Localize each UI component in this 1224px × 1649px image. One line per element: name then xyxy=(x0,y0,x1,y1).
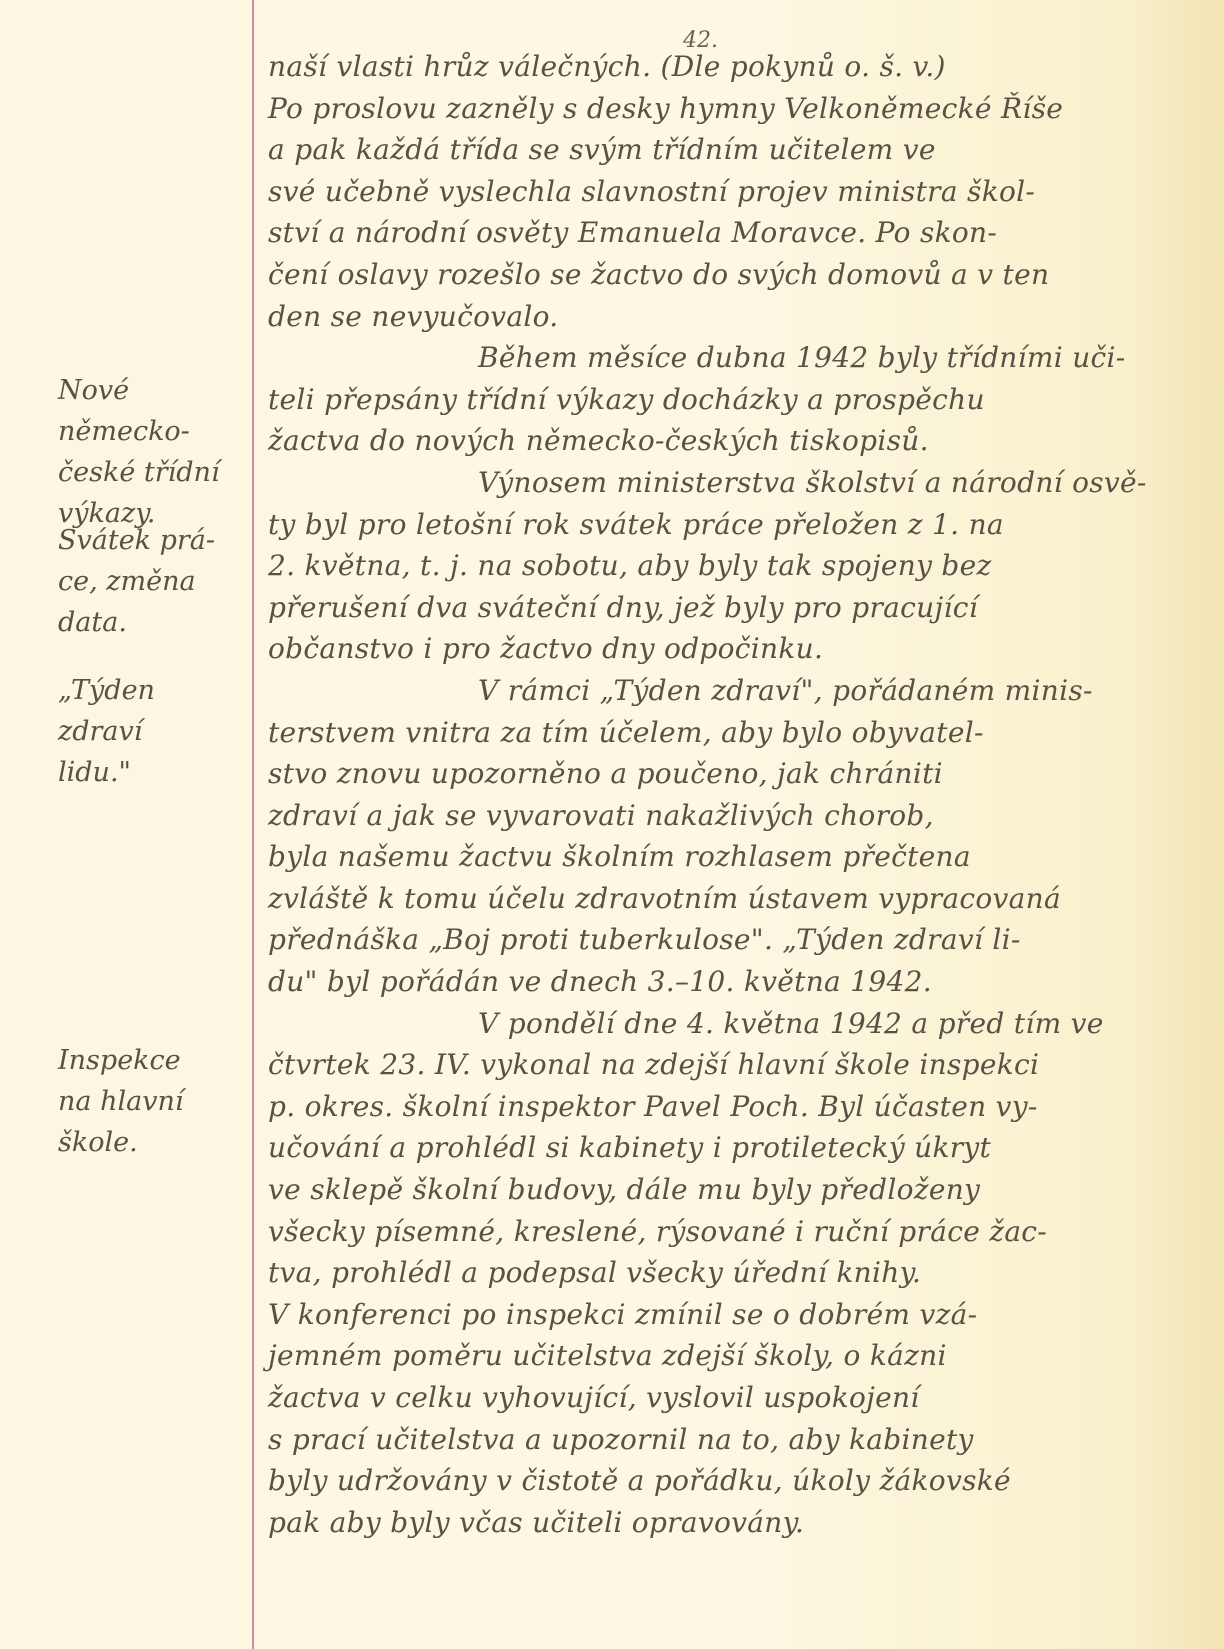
ledger-page: 42. Nové německo- české třídní výkazy. S… xyxy=(0,0,1224,1649)
text-line: čení oslavy rozešlo se žactvo do svých d… xyxy=(268,254,1208,296)
margin-rule xyxy=(252,0,254,1649)
text-line: Výnosem ministerstva školství a národní … xyxy=(268,462,1208,504)
text-line: čtvrtek 23. IV. vykonal na zdejší hlavní… xyxy=(268,1044,1208,1086)
margin-note-labour-day: Svátek prá- ce, změna data. xyxy=(58,520,248,643)
text-line: pak aby byly včas učiteli opravovány. xyxy=(268,1502,1208,1544)
handwritten-body: naší vlasti hrůz válečných. (Dle pokynů … xyxy=(268,46,1208,1543)
text-line: a pak každá třída se svým třídním učitel… xyxy=(268,129,1208,171)
margin-note-health-week: „Týden zdraví lidu." xyxy=(58,670,248,793)
text-line: du" byl pořádán ve dnech 3.–10. května 1… xyxy=(268,961,1208,1003)
text-line: učování a prohlédl si kabinety i protile… xyxy=(268,1127,1208,1169)
margin-note-inspection: Inspekce na hlavní škole. xyxy=(58,1040,248,1163)
text-line: V pondělí dne 4. května 1942 a před tím … xyxy=(268,1003,1208,1045)
text-line: stvo znovu upozorněno a poučeno, jak chr… xyxy=(268,753,1208,795)
text-line: p. okres. školní inspektor Pavel Poch. B… xyxy=(268,1086,1208,1128)
text-line: teli přepsány třídní výkazy docházky a p… xyxy=(268,379,1208,421)
text-line: byly udržovány v čistotě a pořádku, úkol… xyxy=(268,1460,1208,1502)
text-line: zdraví a jak se vyvarovati nakažlivých c… xyxy=(268,795,1208,837)
text-line: naší vlasti hrůz válečných. (Dle pokynů … xyxy=(268,46,1208,88)
text-line: den se nevyučovalo. xyxy=(268,296,1208,338)
text-line: V rámci „Týden zdraví", pořádaném minis- xyxy=(268,670,1208,712)
text-line: zvláště k tomu účelu zdravotním ústavem … xyxy=(268,878,1208,920)
text-line: občanstvo i pro žactvo dny odpočinku. xyxy=(268,628,1208,670)
text-line: s prací učitelstva a upozornil na to, ab… xyxy=(268,1419,1208,1461)
text-line: přednáška „Boj proti tuberkulose". „Týde… xyxy=(268,919,1208,961)
text-line: ty byl pro letošní rok svátek práce přel… xyxy=(268,504,1208,546)
text-line: přerušení dva sváteční dny, jež byly pro… xyxy=(268,587,1208,629)
text-line: ve sklepě školní budovy, dále mu byly př… xyxy=(268,1169,1208,1211)
margin-note-reports: Nové německo- české třídní výkazy. xyxy=(58,370,248,534)
text-line: 2. května, t. j. na sobotu, aby byly tak… xyxy=(268,545,1208,587)
text-line: jemném poměru učitelstva zdejší školy, o… xyxy=(268,1335,1208,1377)
text-line: V konferenci po inspekci zmínil se o dob… xyxy=(268,1294,1208,1336)
text-line: Po proslovu zazněly s desky hymny Velkon… xyxy=(268,88,1208,130)
text-line: žactva do nových německo-českých tiskopi… xyxy=(268,420,1208,462)
text-line: ství a národní osvěty Emanuela Moravce. … xyxy=(268,212,1208,254)
text-line: byla našemu žactvu školním rozhlasem pře… xyxy=(268,836,1208,878)
text-line: tva, prohlédl a podepsal všecky úřední k… xyxy=(268,1252,1208,1294)
text-line: žactva v celku vyhovující, vyslovil uspo… xyxy=(268,1377,1208,1419)
text-line: všecky písemné, kreslené, rýsované i ruč… xyxy=(268,1211,1208,1253)
text-line: Během měsíce dubna 1942 byly třídními uč… xyxy=(268,337,1208,379)
text-line: své učebně vyslechla slavnostní projev m… xyxy=(268,171,1208,213)
text-line: terstvem vnitra za tím účelem, aby bylo … xyxy=(268,712,1208,754)
